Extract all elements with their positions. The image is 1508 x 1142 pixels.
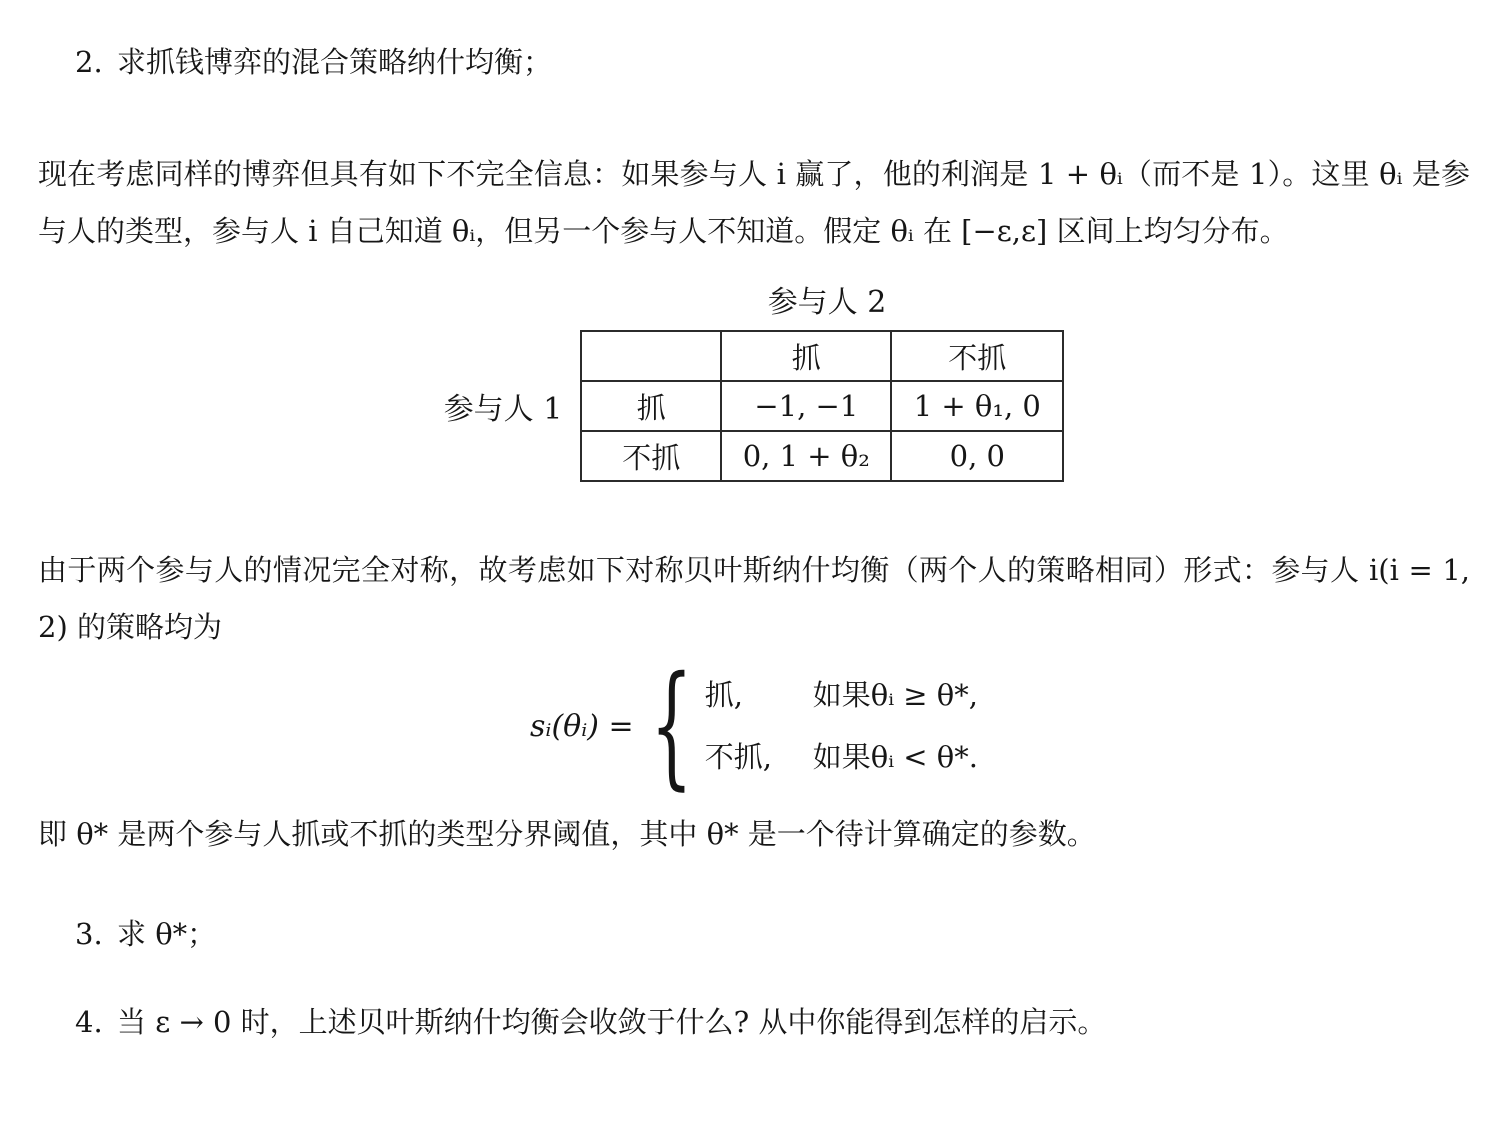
item-4-text: 当 ε → 0 时，上述贝叶斯纳什均衡会收敛于什么? 从中你能得到怎样的启示。 <box>117 1002 1106 1042</box>
table-row-grab: 抓 −1, −1 1 + θ₁, 0 <box>581 381 1063 431</box>
payoff-cell-grab-nograb: 1 + θ₁, 0 <box>891 381 1063 431</box>
symmetry-paragraph: 由于两个参与人的情况完全对称，故考虑如下对称贝叶斯纳什均衡（两个人的策略相同）形… <box>38 542 1470 656</box>
item-3-number: 3. <box>75 914 117 954</box>
player2-label: 参与人 2 <box>587 282 1067 324</box>
cases-brace: { <box>650 659 692 792</box>
player2-label-row: 参与人 2 <box>441 282 1067 324</box>
case-grab-condition: 如果θᵢ ≥ θ*, <box>813 676 978 714</box>
payoff-matrix-body: 参与人 1 抓 不抓 抓 −1, −1 1 + θ₁, 0 不抓 <box>38 330 1470 482</box>
item-3-text: 求 θ*； <box>117 914 216 954</box>
case-row-nograb: 不抓, 如果θᵢ < θ*. <box>705 738 978 776</box>
problem-item-3: 3. 求 θ*； <box>75 914 1470 954</box>
document-page: 2. 求抓钱博弈的混合策略纳什均衡； 现在考虑同样的博弈但具有如下不完全信息：如… <box>0 0 1508 1042</box>
payoff-cell-nograb-grab: 0, 1 + θ₂ <box>721 431 891 481</box>
case-row-grab: 抓, 如果θᵢ ≥ θ*, <box>705 676 978 714</box>
intro-paragraph: 现在考虑同样的博弈但具有如下不完全信息：如果参与人 i 赢了，他的利润是 1 +… <box>38 146 1470 260</box>
equation-lhs: sᵢ(θᵢ) = <box>530 709 634 744</box>
payoff-table: 抓 不抓 抓 −1, −1 1 + θ₁, 0 不抓 0, 1 + θ₂ 0, … <box>580 330 1064 482</box>
item-4-number: 4. <box>75 1002 117 1042</box>
item-2-number: 2. <box>75 42 117 82</box>
payoff-matrix-figure: 参与人 2 参与人 1 抓 不抓 抓 −1, −1 1 + θ₁, 0 <box>38 282 1470 482</box>
case-nograb-condition: 如果θᵢ < θ*. <box>813 738 978 776</box>
payoff-cell-nograb-nograb: 0, 0 <box>891 431 1063 481</box>
col-header-not-grab: 不抓 <box>891 331 1063 381</box>
problem-item-2: 2. 求抓钱博弈的混合策略纳什均衡； <box>75 42 1470 82</box>
equation-cases: 抓, 如果θᵢ ≥ θ*, 不抓, 如果θᵢ < θ*. <box>705 676 978 776</box>
header-row: 抓 不抓 <box>581 331 1063 381</box>
case-nograb-value: 不抓, <box>705 738 813 776</box>
problem-item-4: 4. 当 ε → 0 时，上述贝叶斯纳什均衡会收敛于什么? 从中你能得到怎样的启… <box>75 1002 1470 1042</box>
threshold-paragraph: 即 θ* 是两个参与人抓或不抓的类型分界阈值，其中 θ* 是一个待计算确定的参数… <box>38 812 1470 856</box>
player1-label: 参与人 1 <box>444 384 563 428</box>
row-header-grab: 抓 <box>581 381 721 431</box>
case-grab-value: 抓, <box>705 676 813 714</box>
payoff-cell-grab-grab: −1, −1 <box>721 381 891 431</box>
col-header-grab: 抓 <box>721 331 891 381</box>
table-row-nograb: 不抓 0, 1 + θ₂ 0, 0 <box>581 431 1063 481</box>
strategy-equation: sᵢ(θᵢ) = { 抓, 如果θᵢ ≥ θ*, 不抓, 如果θᵢ < θ*. <box>38 656 1470 796</box>
item-2-text: 求抓钱博弈的混合策略纳什均衡； <box>117 42 552 82</box>
row-header-not-grab: 不抓 <box>581 431 721 481</box>
corner-cell <box>581 331 721 381</box>
